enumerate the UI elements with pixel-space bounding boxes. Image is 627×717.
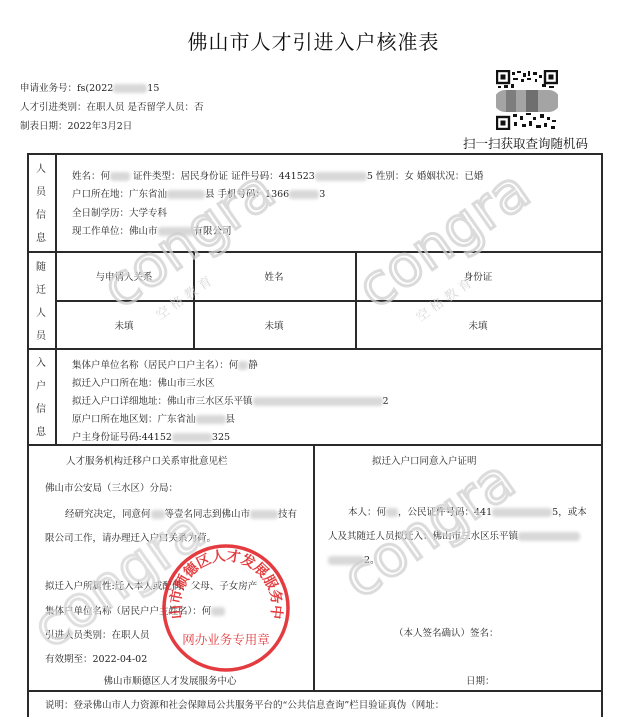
table-row-divider bbox=[27, 348, 602, 350]
settlement-line: 原户口所在地区划：广东省汕县 bbox=[72, 411, 235, 425]
approval-heading: 人才服务机构迁移户口关系审批意见栏 bbox=[66, 453, 228, 467]
redacted-block bbox=[315, 172, 367, 181]
approval-category: 引进人员类别：在职人员 bbox=[45, 627, 150, 641]
value-name: 未填 bbox=[193, 318, 355, 332]
label-char: 息 bbox=[27, 421, 55, 444]
application-number-label: 申请业务号： bbox=[20, 83, 77, 94]
redacted-block bbox=[492, 508, 552, 517]
section-label-settlement: 入 户 信 息 bbox=[27, 352, 55, 444]
value-relationship: 未填 bbox=[55, 318, 193, 332]
approval-body-line1: 经研究决定，同意何等壹名同志到佛山市技有 bbox=[65, 506, 297, 520]
phone-tail: 3 bbox=[319, 189, 325, 200]
table-border-top bbox=[27, 153, 602, 155]
approval-issuer: 佛山市顺德区人才发展服务中心 bbox=[27, 673, 313, 687]
redacted-block bbox=[196, 415, 226, 424]
approval-text: 经研究决定，同意何 bbox=[65, 509, 151, 520]
redacted-block bbox=[328, 556, 364, 565]
approval-text: 等壹名同志到佛山市 bbox=[165, 509, 251, 520]
label-char: 入 bbox=[27, 352, 55, 375]
label-char: 户 bbox=[27, 375, 55, 398]
settlement-text: 静 bbox=[248, 360, 258, 371]
employer-line: 现工作单位：佛山市有限公司 bbox=[72, 223, 232, 237]
approval-text: 技有 bbox=[278, 509, 297, 520]
svg-text:网办业务专用章: 网办业务专用章 bbox=[182, 632, 270, 647]
settlement-text: 户主身份证号码:44152 bbox=[72, 432, 172, 443]
official-seal-icon: 佛山市顺德区人才发展服务中心 网办业务专用章 bbox=[160, 542, 292, 674]
settlement-line: 拟迁入户口详细地址：佛山市三水区乐平镇2 bbox=[72, 393, 389, 407]
redacted-block bbox=[151, 510, 165, 519]
label-char: 员 bbox=[27, 181, 55, 204]
redacted-block bbox=[238, 361, 248, 370]
table-border-right bbox=[601, 153, 603, 717]
consent-text: ，公民证件号码：441 bbox=[398, 507, 492, 518]
column-divider bbox=[355, 251, 357, 348]
table-row-divider bbox=[27, 444, 602, 446]
column-divider bbox=[313, 444, 315, 690]
label-char: 迁 bbox=[27, 279, 55, 302]
consent-text: 本人：何 bbox=[348, 507, 386, 518]
approval-addressee: 佛山市公安局（三水区）分局： bbox=[45, 480, 178, 494]
redacted-block bbox=[172, 433, 212, 442]
date-line: 日期： bbox=[466, 673, 495, 687]
label-char: 人 bbox=[27, 158, 55, 181]
category-line: 人才引进类别：在职人员 是否留学人员：否 bbox=[20, 99, 204, 113]
hukou-phone-line: 户口所在地：广东省汕县 手机号码：13663 bbox=[72, 186, 325, 200]
redacted-block bbox=[253, 397, 383, 406]
settlement-line: 拟迁入户口所在地：佛山市三水区 bbox=[72, 375, 215, 389]
verification-note: 说明：登录佛山市人力资源和社会保障局公共服务平台的“公共信息查询”栏目验证真伪（… bbox=[45, 697, 444, 711]
settlement-line: 集体户单位名称（居民户口户主名）：何静 bbox=[72, 357, 258, 371]
label-char: 息 bbox=[27, 227, 55, 250]
hukou-field: 户口所在地：广东省汕 bbox=[72, 189, 167, 200]
label-column-divider bbox=[55, 153, 57, 444]
consent-text: 5，或本 bbox=[552, 507, 587, 518]
education-line: 全日制学历：大学专科 bbox=[72, 205, 167, 219]
section-label-accompanying: 随 迁 人 员 bbox=[27, 256, 55, 348]
label-char: 人 bbox=[27, 302, 55, 325]
application-number: 申请业务号：fs(202215 bbox=[20, 80, 159, 94]
signature-line: （本人签名确认）签名： bbox=[394, 625, 499, 639]
settlement-text: 拟迁入户口所在地：佛山市三水区 bbox=[72, 378, 215, 389]
settlement-text: 原户口所在地区划：广东省汕 bbox=[72, 414, 196, 425]
table-row-divider bbox=[27, 690, 602, 692]
redacted-block bbox=[158, 227, 194, 236]
qr-caption: 扫一扫获取查询随机码 bbox=[463, 134, 588, 152]
svg-text:佛山市顺德区人才发展服务中心: 佛山市顺德区人才发展服务中心 bbox=[160, 542, 285, 620]
settlement-text: 集体户单位名称（居民户口户主名）：何 bbox=[72, 360, 238, 371]
consent-text: 2。 bbox=[364, 555, 380, 566]
approval-valid-until: 有效期至：2022-04-02 bbox=[45, 651, 147, 665]
consent-text: 人及其随迁人员拟迁入：佛山市三水区乐平镇 bbox=[328, 531, 518, 542]
redacted-block bbox=[167, 190, 205, 199]
id-field: 证件类型：居民身份证 证件号码：441523 bbox=[133, 171, 315, 182]
consent-body-line3: 2。 bbox=[328, 552, 380, 566]
label-char: 信 bbox=[27, 204, 55, 227]
consent-heading: 拟迁入户口同意入户证明 bbox=[372, 453, 477, 467]
name-field: 姓名：何 bbox=[72, 171, 110, 182]
column-divider bbox=[193, 251, 195, 348]
employer-suffix: 有限公司 bbox=[194, 226, 232, 237]
redacted-block bbox=[113, 84, 147, 93]
redacted-block bbox=[386, 508, 398, 517]
employer-prefix: 现工作单位：佛山市 bbox=[72, 226, 158, 237]
header-relationship: 与申请人关系 bbox=[55, 269, 193, 283]
settlement-line: 户主身份证号码:44152325 bbox=[72, 429, 230, 443]
label-char: 员 bbox=[27, 325, 55, 348]
consent-body-line1: 本人：何，公民证件号码：4415，或本 bbox=[348, 504, 587, 518]
header-name: 姓名 bbox=[193, 269, 355, 283]
name-id-line: 姓名：何 证件类型：居民身份证 证件号码：4415235 性别：女 婚姻状况：已… bbox=[72, 168, 483, 182]
table-row-divider bbox=[27, 251, 602, 253]
section-label-personal-info: 人 员 信 息 bbox=[27, 158, 55, 250]
settlement-text: 拟迁入户口详细地址：佛山市三水区乐平镇 bbox=[72, 396, 253, 407]
redacted-block bbox=[250, 510, 278, 519]
application-number-suffix: 15 bbox=[147, 83, 159, 94]
value-id: 未填 bbox=[355, 318, 601, 332]
settlement-text: 县 bbox=[226, 414, 236, 425]
label-char: 随 bbox=[27, 256, 55, 279]
table-row-divider bbox=[55, 300, 602, 302]
qr-code-icon bbox=[496, 70, 558, 130]
date-line: 制表日期：2022年3月2日 bbox=[20, 118, 132, 132]
consent-body-line2: 人及其随迁人员拟迁入：佛山市三水区乐平镇 bbox=[328, 528, 580, 542]
header-id: 身份证 bbox=[355, 269, 601, 283]
phone-field: 县 手机号码：1366 bbox=[205, 189, 289, 200]
application-number-prefix: fs(2022 bbox=[77, 83, 113, 94]
settlement-text: 2 bbox=[383, 396, 389, 407]
redacted-block bbox=[518, 532, 580, 541]
redacted-block bbox=[110, 172, 130, 181]
gender-marital-field: 5 性别：女 婚姻状况：已婚 bbox=[367, 171, 484, 182]
settlement-text: 325 bbox=[212, 432, 230, 443]
label-char: 信 bbox=[27, 398, 55, 421]
document-title: 佛山市人才引进入户核准表 bbox=[0, 26, 627, 55]
redacted-block bbox=[289, 190, 319, 199]
